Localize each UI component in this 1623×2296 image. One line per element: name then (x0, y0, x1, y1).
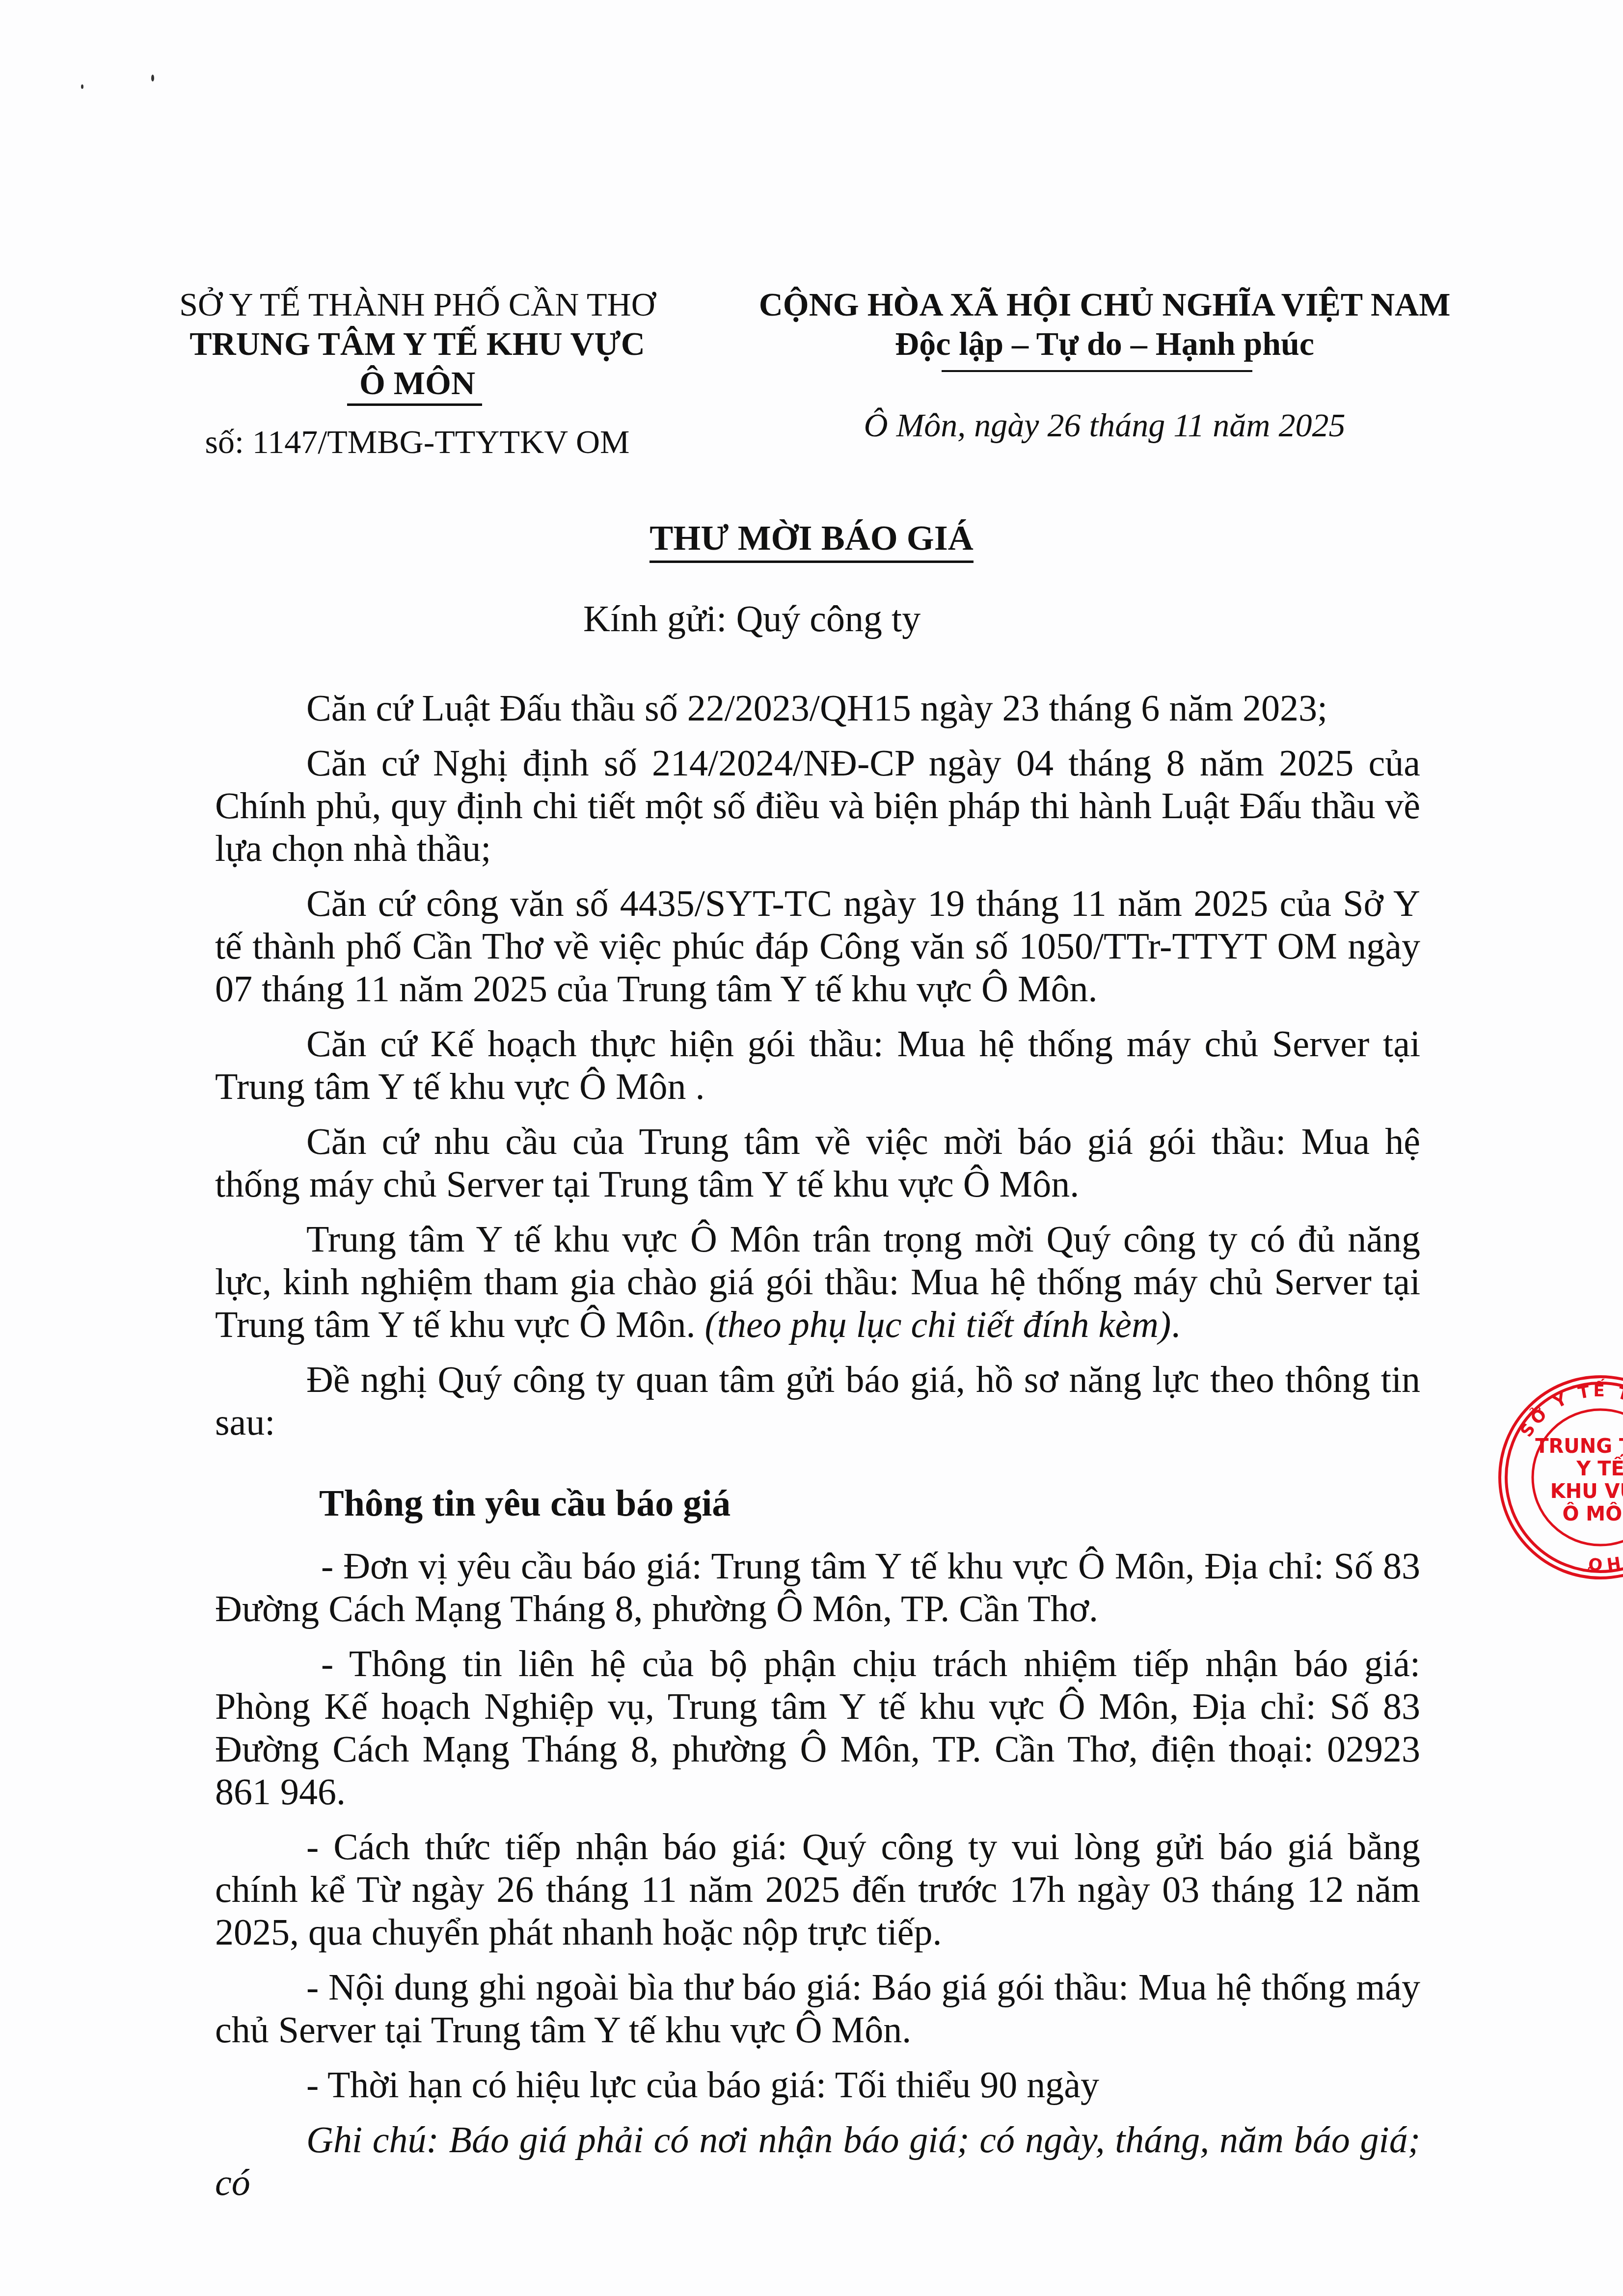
svg-text:KHU VỰC: KHU VỰC (1550, 1480, 1623, 1503)
document-title: THƯ MỜI BÁO GIÁ (0, 518, 1623, 563)
note: Ghi chú: Báo giá phải có nơi nhận báo gi… (215, 2119, 1420, 2204)
info-item: - Đơn vị yêu cầu báo giá: Trung tâm Y tế… (215, 1545, 1420, 1630)
info-item: - Nội dung ghi ngoài bìa thư báo giá: Bá… (215, 1966, 1420, 2052)
official-seal-icon: SỞ Y TẾ THÀNH PHỐ CẦN THƠ TRUNG TÂM Y TẾ… (1497, 1374, 1623, 1580)
legal-basis: Căn cứ Luật Đấu thầu số 22/2023/QH15 ngà… (215, 687, 1420, 1456)
info-item: - Cách thức tiếp nhận báo giá: Quý công … (215, 1826, 1420, 1954)
scan-speck (81, 84, 83, 89)
document-number: số: 1147/TMBG-TTYTKV OM (147, 422, 687, 461)
basis-paragraph: Căn cứ Nghị định số 214/2024/NĐ-CP ngày … (215, 742, 1420, 870)
document-page: SỞ Y TẾ THÀNH PHỐ CẦN THƠ TRUNG TÂM Y TẾ… (0, 0, 1623, 2296)
invitation-paragraph: Trung tâm Y tế khu vực Ô Môn trân trọng … (215, 1218, 1420, 1346)
appendix-note: (theo phụ lục chi tiết đính kèm) (705, 1304, 1171, 1345)
ministry-name: SỞ Y TẾ THÀNH PHỐ CẦN THƠ (147, 285, 687, 324)
info-item: - Thời hạn có hiệu lực của báo giá: Tối … (215, 2064, 1420, 2107)
nation-block: CỘNG HÒA XÃ HỘI CHỦ NGHĨA VIỆT NAM Độc l… (712, 285, 1497, 363)
svg-text:Y TẾ: Y TẾ (1576, 1454, 1623, 1480)
svg-text:TRUNG TÂM: TRUNG TÂM (1535, 1434, 1623, 1458)
request-info-list: - Đơn vị yêu cầu báo giá: Trung tâm Y tế… (215, 1545, 1420, 2216)
place-date: Ô Môn, ngày 26 tháng 11 năm 2025 (712, 405, 1497, 445)
basis-paragraph: Căn cứ công văn số 4435/SYT-TC ngày 19 t… (215, 882, 1420, 1011)
motto-underline (942, 370, 1252, 372)
basis-paragraph: Căn cứ Kế hoạch thực hiện gói thầu: Mua … (215, 1023, 1420, 1108)
basis-paragraph: Căn cứ nhu cầu của Trung tâm về việc mời… (215, 1121, 1420, 1206)
issuer-underline (347, 403, 482, 406)
greeting: Kính gửi: Quý công ty (583, 598, 920, 641)
motto: Độc lập – Tự do – Hạnh phúc (712, 324, 1497, 363)
basis-paragraph: Căn cứ Luật Đấu thầu số 22/2023/QH15 ngà… (215, 687, 1420, 730)
unit-name-line1: TRUNG TÂM Y TẾ KHU VỰC (147, 324, 687, 363)
info-item: - Thông tin liên hệ của bộ phận chịu trá… (215, 1643, 1420, 1814)
issuer-block: SỞ Y TẾ THÀNH PHỐ CẦN THƠ TRUNG TÂM Y TẾ… (147, 285, 687, 402)
section-heading: Thông tin yêu cầu báo giá (319, 1482, 730, 1525)
svg-text:Ô MÔN: Ô MÔN (1562, 1502, 1623, 1525)
unit-name-line2: Ô MÔN (147, 363, 687, 402)
request-paragraph: Đề nghị Quý công ty quan tâm gửi báo giá… (215, 1359, 1420, 1444)
scan-speck (151, 75, 154, 81)
nation-title: CỘNG HÒA XÃ HỘI CHỦ NGHĨA VIỆT NAM (712, 285, 1497, 324)
